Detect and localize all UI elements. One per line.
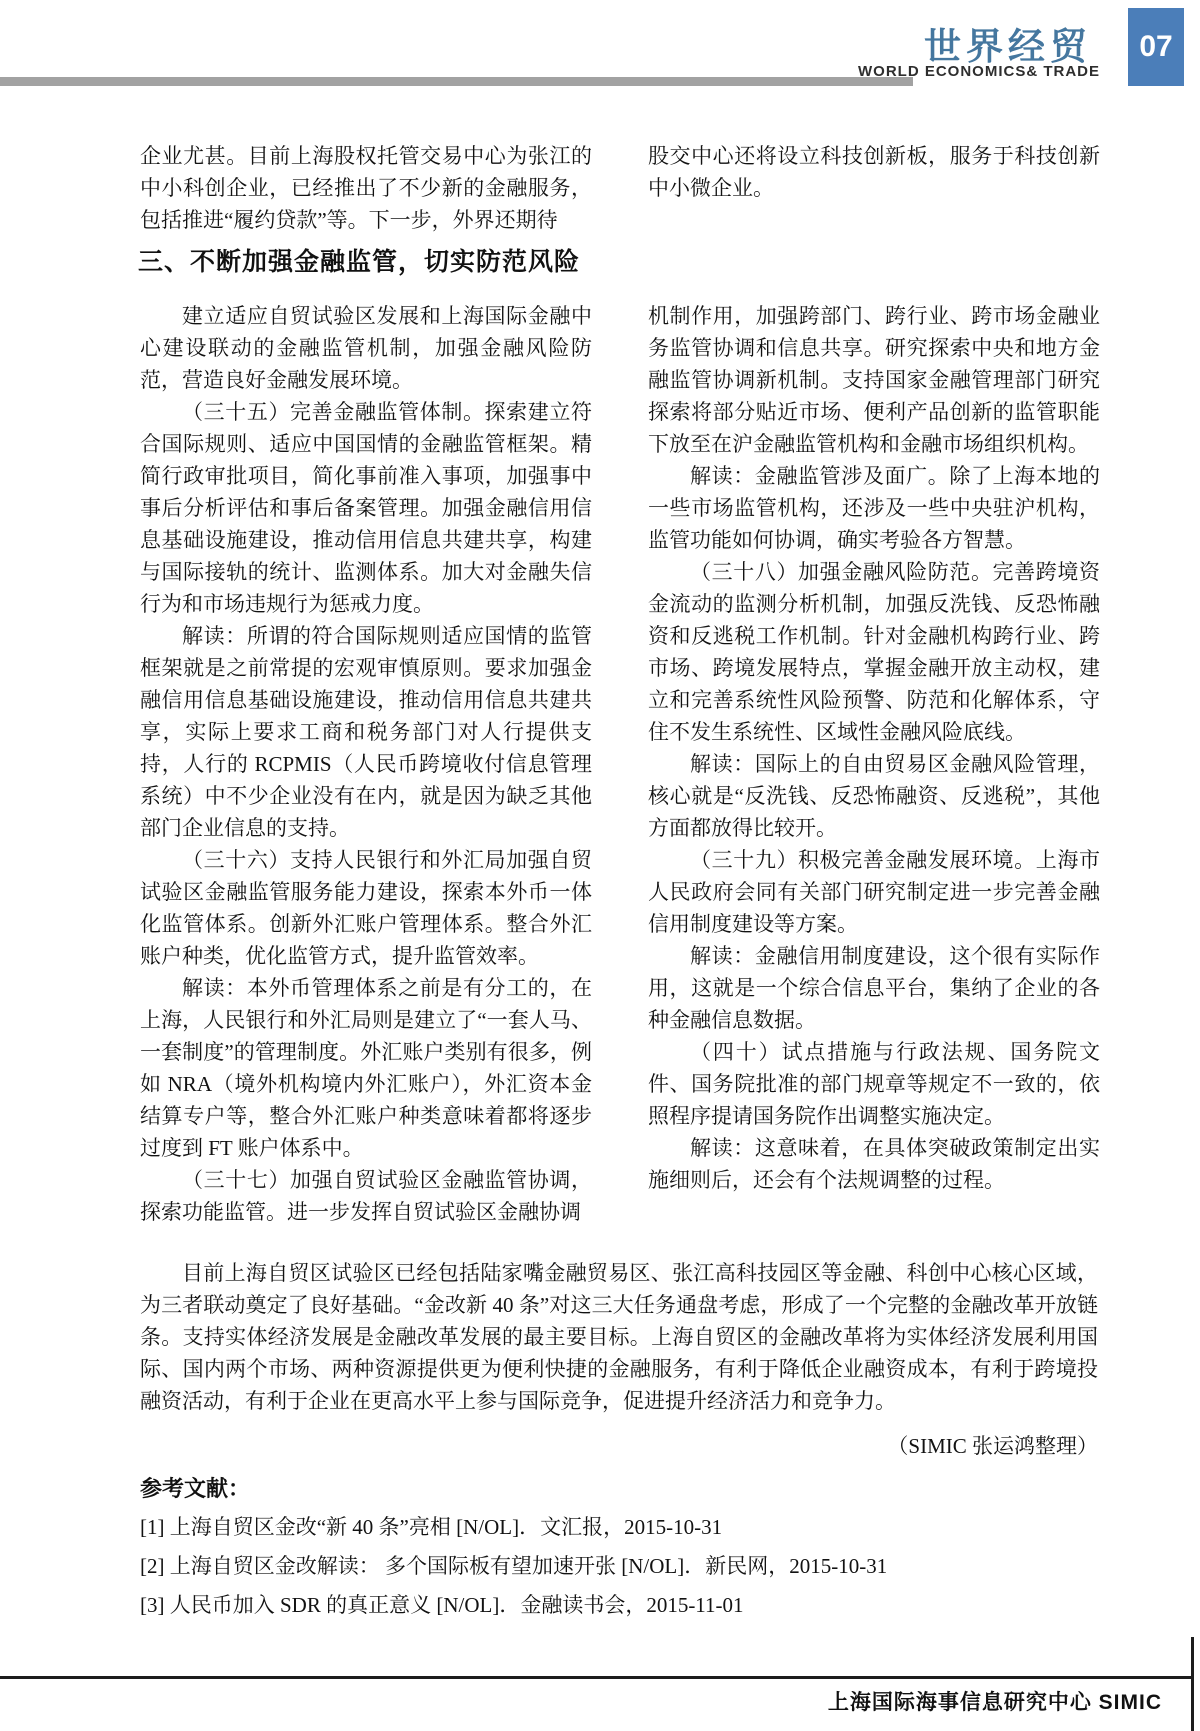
paragraph: 机制作用，加强跨部门、跨行业、跨市场金融业务监管协调和信息共享。研究探索中央和地…	[648, 300, 1100, 460]
intro-left-paragraph: 企业尤甚。目前上海股权托管交易中心为张江的中小科创企业，已经推出了不少新的金融服…	[140, 140, 592, 236]
signature: （SIMIC 张运鸿整理）	[887, 1430, 1098, 1460]
intro-right-paragraph: 股交中心还将设立科技创新板，服务于科技创新中小微企业。	[648, 140, 1100, 204]
reference-item: [3] 人民币加入 SDR 的真正意义 [N/OL]．金融读书会，2015-11…	[140, 1586, 1100, 1625]
right-column: 机制作用，加强跨部门、跨行业、跨市场金融业务监管协调和信息共享。研究探索中央和地…	[648, 300, 1100, 1196]
paragraph: 解读：所谓的符合国际规则适应国情的监管框架就是之前常提的宏观审慎原则。要求加强金…	[140, 620, 592, 844]
paragraph: （三十八）加强金融风险防范。完善跨境资金流动的监测分析机制，加强反洗钱、反恐怖融…	[648, 556, 1100, 748]
intro-right-column: 股交中心还将设立科技创新板，服务于科技创新中小微企业。	[648, 140, 1100, 204]
paragraph: （三十六）支持人民银行和外汇局加强自贸试验区金融监管服务能力建设，探索本外币一体…	[140, 844, 592, 972]
header-gray-bar	[0, 77, 913, 86]
paragraph: 解读：本外币管理体系之前是有分工的，在上海，人民银行和外汇局则是建立了“一套人马…	[140, 972, 592, 1164]
footer-vertical-rule	[1191, 1637, 1194, 1731]
paragraph: 解读：国际上的自由贸易区金融风险管理，核心就是“反洗钱、反恐怖融资、反逃税”，其…	[648, 748, 1100, 844]
references-heading: 参考文献：	[140, 1472, 250, 1503]
left-column: 建立适应自贸试验区发展和上海国际金融中心建设联动的金融监管机制，加强金融风险防范…	[140, 300, 592, 1228]
paragraph: （四十）试点措施与行政法规、国务院文件、国务院批准的部门规章等规定不一致的，依照…	[648, 1036, 1100, 1132]
paragraph: （三十七）加强自贸试验区金融监管协调，探索功能监管。进一步发挥自贸试验区金融协调	[140, 1164, 592, 1228]
intro-left-column: 企业尤甚。目前上海股权托管交易中心为张江的中小科创企业，已经推出了不少新的金融服…	[140, 140, 592, 236]
section-heading: 三、不断加强金融监管，切实防范风险	[138, 242, 580, 278]
footer-text: 上海国际海事信息研究中心 SIMIC	[828, 1686, 1162, 1716]
reference-item: [1] 上海自贸区金改“新 40 条”亮相 [N/OL]．文汇报，2015-10…	[140, 1508, 1100, 1547]
paragraph: 解读：金融监管涉及面广。除了上海本地的一些市场监管机构，还涉及一些中央驻沪机构，…	[648, 460, 1100, 556]
paragraph: （三十九）积极完善金融发展环境。上海市人民政府会同有关部门研究制定进一步完善金融…	[648, 844, 1100, 940]
closing-paragraph: 目前上海自贸区试验区已经包括陆家嘴金融贸易区、张江高科技园区等金融、科创中心核心…	[140, 1257, 1098, 1417]
closing-block: 目前上海自贸区试验区已经包括陆家嘴金融贸易区、张江高科技园区等金融、科创中心核心…	[140, 1257, 1098, 1417]
references-list: [1] 上海自贸区金改“新 40 条”亮相 [N/OL]．文汇报，2015-10…	[140, 1508, 1100, 1625]
page-number-badge: 07	[1128, 8, 1184, 86]
paragraph: （三十五）完善金融监管体制。探索建立符合国际规则、适应中国国情的金融监管框架。精…	[140, 396, 592, 620]
paragraph: 解读：金融信用制度建设，这个很有实际作用，这就是一个综合信息平台，集纳了企业的各…	[648, 940, 1100, 1036]
paragraph: 解读：这意味着，在具体突破政策制定出实施细则后，还会有个法规调整的过程。	[648, 1132, 1100, 1196]
paragraph: 建立适应自贸试验区发展和上海国际金融中心建设联动的金融监管机制，加强金融风险防范…	[140, 300, 592, 396]
page-title: 世界经贸	[924, 16, 1092, 70]
footer-rule	[0, 1676, 1194, 1679]
page-subtitle: WORLD ECONOMICS& TRADE	[858, 63, 1100, 80]
reference-item: [2] 上海自贸区金改解读： 多个国际板有望加速开张 [N/OL]．新民网，20…	[140, 1547, 1100, 1586]
